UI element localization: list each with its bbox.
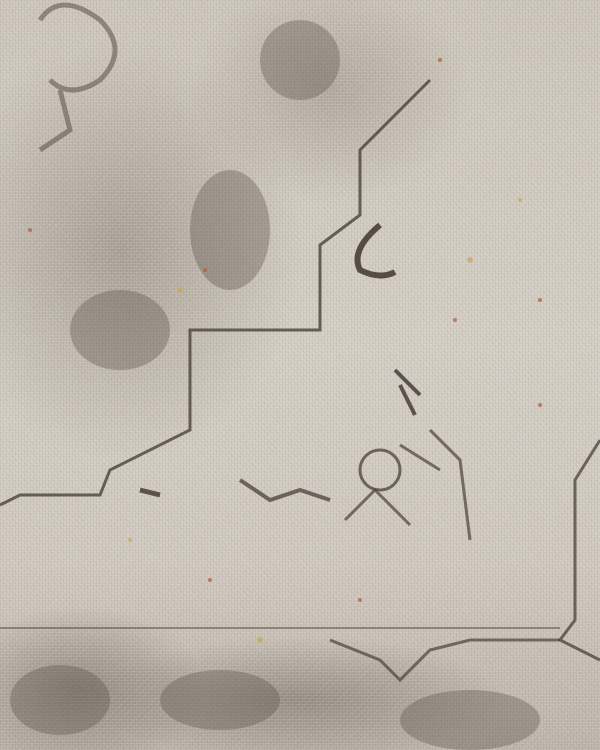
- right-border: [560, 440, 600, 660]
- flower-motif: [360, 450, 400, 490]
- rug-texture-photo: [0, 0, 600, 750]
- rug-pattern: [0, 0, 600, 750]
- leaf-stroke: [240, 480, 330, 500]
- bottom-border-zigzag: [330, 640, 560, 680]
- top-left-floral: [40, 5, 115, 150]
- medallion-outline: [0, 80, 430, 505]
- hook-motif: [358, 225, 396, 276]
